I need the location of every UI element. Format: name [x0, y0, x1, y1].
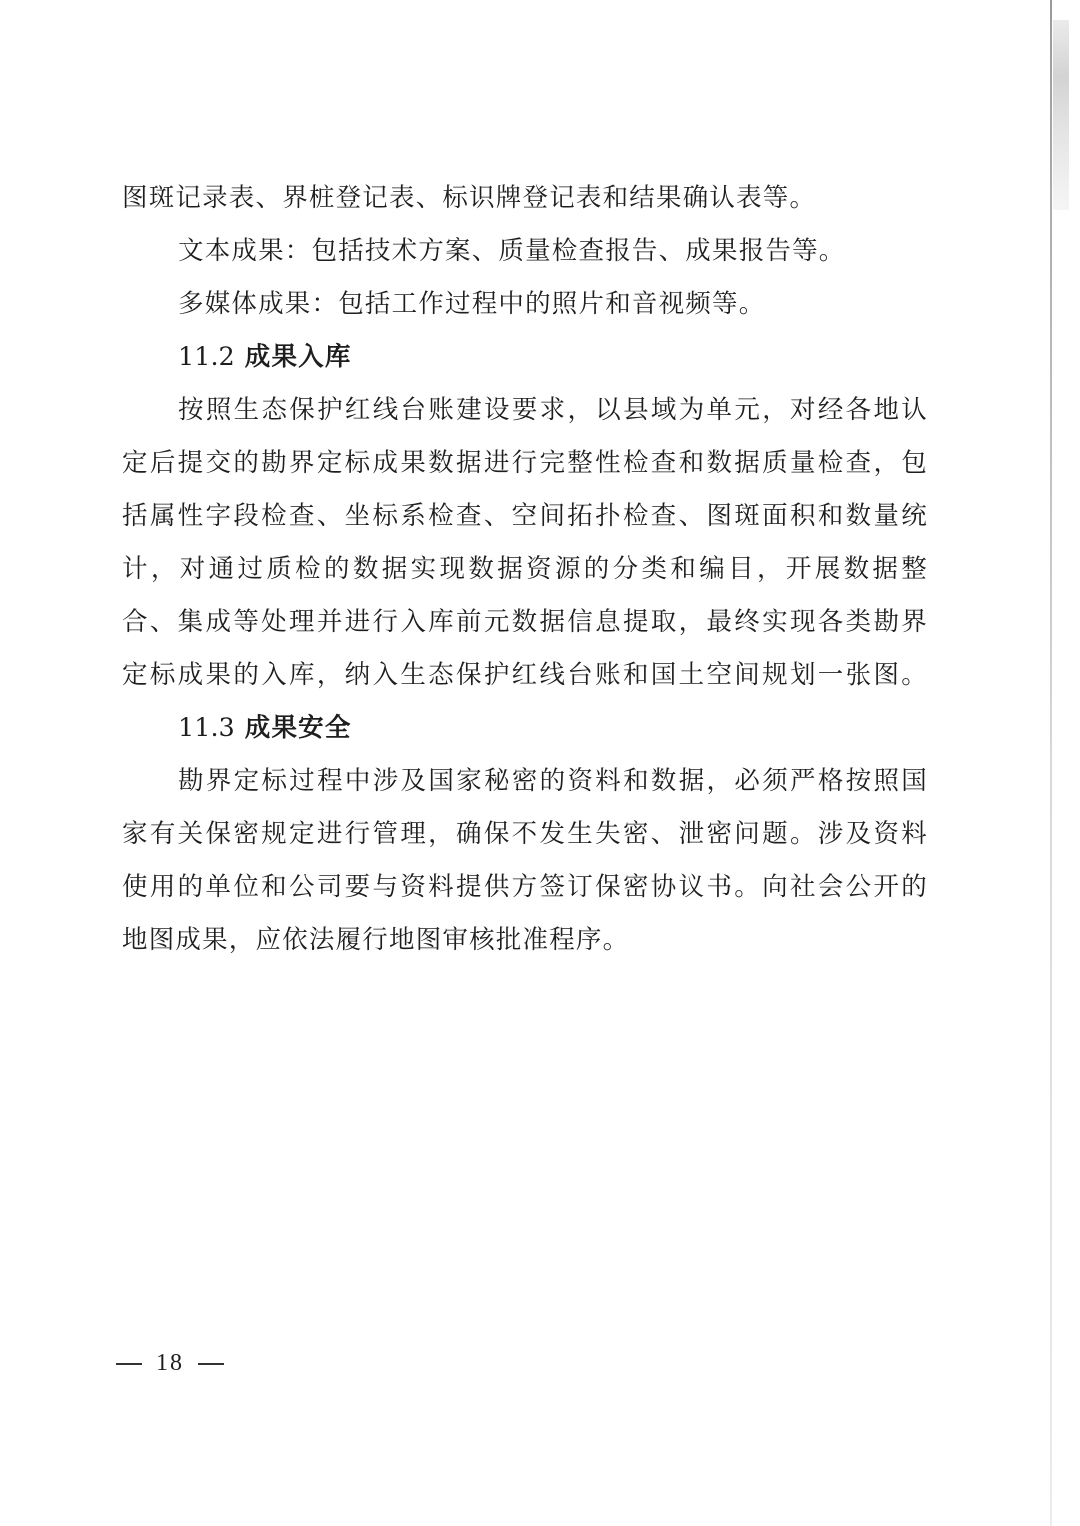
paragraph-line: 括属性字段检查、坐标系检查、空间拓扑检查、图斑面积和数量统 [122, 490, 928, 543]
document-body: 图斑记录表、界桩登记表、标识牌登记表和结果确认表等。 文本成果：包括技术方案、质… [122, 172, 928, 967]
page-number-value: 18 [156, 1350, 184, 1376]
paragraph-line: 计，对通过质检的数据实现数据资源的分类和编目，开展数据整 [122, 543, 928, 596]
dash-left [116, 1363, 142, 1365]
text-line: 图斑记录表、界桩登记表、标识牌登记表和结果确认表等。 [122, 172, 928, 225]
dash-right [198, 1363, 224, 1365]
text-line: 文本成果：包括技术方案、质量检查报告、成果报告等。 [122, 225, 928, 278]
page-number: 18 [116, 1350, 224, 1377]
paragraph-line: 勘界定标过程中涉及国家秘密的资料和数据，必须严格按照国 [122, 755, 928, 808]
paragraph-line: 按照生态保护红线台账建设要求，以县域为单元，对经各地认 [122, 384, 928, 437]
paragraph-line: 使用的单位和公司要与资料提供方签订保密协议书。向社会公开的 [122, 861, 928, 914]
text-line: 多媒体成果：包括工作过程中的照片和音视频等。 [122, 278, 928, 331]
paragraph-line: 家有关保密规定进行管理，确保不发生失密、泄密问题。涉及资料 [122, 808, 928, 861]
section-title: 成果安全 [245, 713, 352, 743]
section-heading-11-3: 11.3成果安全 [122, 702, 928, 755]
paragraph-line: 定标成果的入库，纳入生态保护红线台账和国土空间规划一张图。 [122, 649, 928, 702]
section-title: 成果入库 [245, 342, 352, 372]
page-edge-shadow [1050, 0, 1052, 1526]
paragraph-line: 地图成果，应依法履行地图审核批准程序。 [122, 914, 928, 967]
paragraph-line: 合、集成等处理并进行入库前元数据信息提取，最终实现各类勘界 [122, 596, 928, 649]
section-number: 11.2 [178, 342, 235, 372]
section-heading-11-2: 11.2成果入库 [122, 331, 928, 384]
paragraph-line: 定后提交的勘界定标成果数据进行完整性检查和数据质量检查，包 [122, 437, 928, 490]
section-number: 11.3 [178, 713, 235, 743]
page-edge-shade [1053, 20, 1069, 210]
